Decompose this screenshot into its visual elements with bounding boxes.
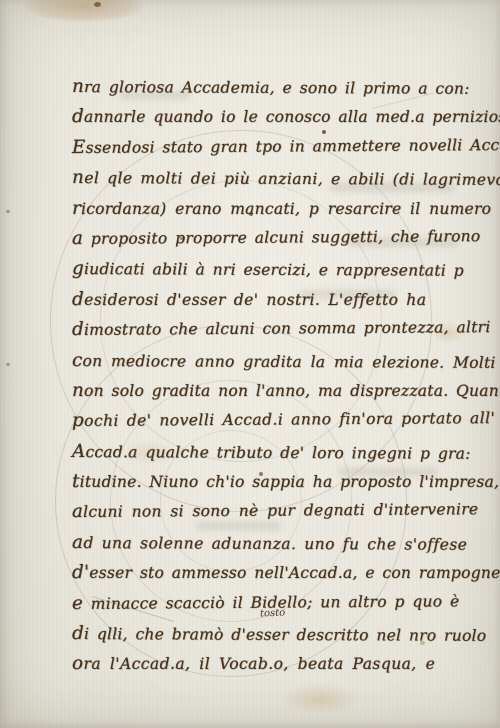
manuscript-line: d'esser sto ammesso nell'Accad.a, e con … xyxy=(72,562,488,592)
manuscript-line: ora l'Accad.a, il Vocab.o, beata Pasqua,… xyxy=(72,653,488,683)
manuscript-page-photo: nra gloriosa Accademia, e sono il primo … xyxy=(0,0,500,728)
manuscript-line: ad una solenne adunanza. uno fu che s'of… xyxy=(72,532,488,564)
manuscript-line: pochi de' novelli Accad.i anno fin'ora p… xyxy=(72,407,488,440)
manuscript-line: desiderosi d'esser de' nostri. L'effetto… xyxy=(72,289,488,319)
ink-blot xyxy=(94,2,101,7)
manuscript-line: di qlli, che bramò d'esser descritto nel… xyxy=(72,623,488,655)
manuscript-line: alcuni non si sono nè pur degnati d'inte… xyxy=(72,499,488,532)
manuscript-line: a proposito proporre alcuni suggetti, ch… xyxy=(72,225,488,258)
margin-mark xyxy=(6,363,10,366)
manuscript-line: Accad.a qualche tributo de' loro ingegni… xyxy=(72,441,488,473)
manuscript-line: giudicati abili à nri esercizi, e rappre… xyxy=(72,258,488,290)
paper-stain xyxy=(24,0,144,22)
manuscript-line: Essendosi stato gran tpo in ammettere no… xyxy=(72,134,488,167)
manuscript-text-block: nra gloriosa Accademia, e sono il primo … xyxy=(72,76,488,688)
manuscript-line: non solo gradita non l'anno, ma disprezz… xyxy=(72,380,488,410)
manuscript-line: nra gloriosa Accademia, e sono il primo … xyxy=(72,76,488,108)
manuscript-line: dannarle quando io le conosco alla med.a… xyxy=(72,106,488,136)
margin-mark xyxy=(6,210,10,213)
manuscript-line: titudine. Niuno ch'io sappia ha proposto… xyxy=(72,471,488,501)
manuscript-line: dimostrato che alcuni con somma prontezz… xyxy=(72,316,488,349)
manuscript-line: con mediocre anno gradita la mia elezion… xyxy=(72,350,488,382)
manuscript-line: nel qle molti dei più anziani, e abili (… xyxy=(72,167,488,199)
interlinear-insertion: tosto xyxy=(260,608,286,620)
manuscript-line: ricordanza) erano mancati, p resarcire i… xyxy=(72,198,488,228)
paper-stain xyxy=(280,684,360,714)
